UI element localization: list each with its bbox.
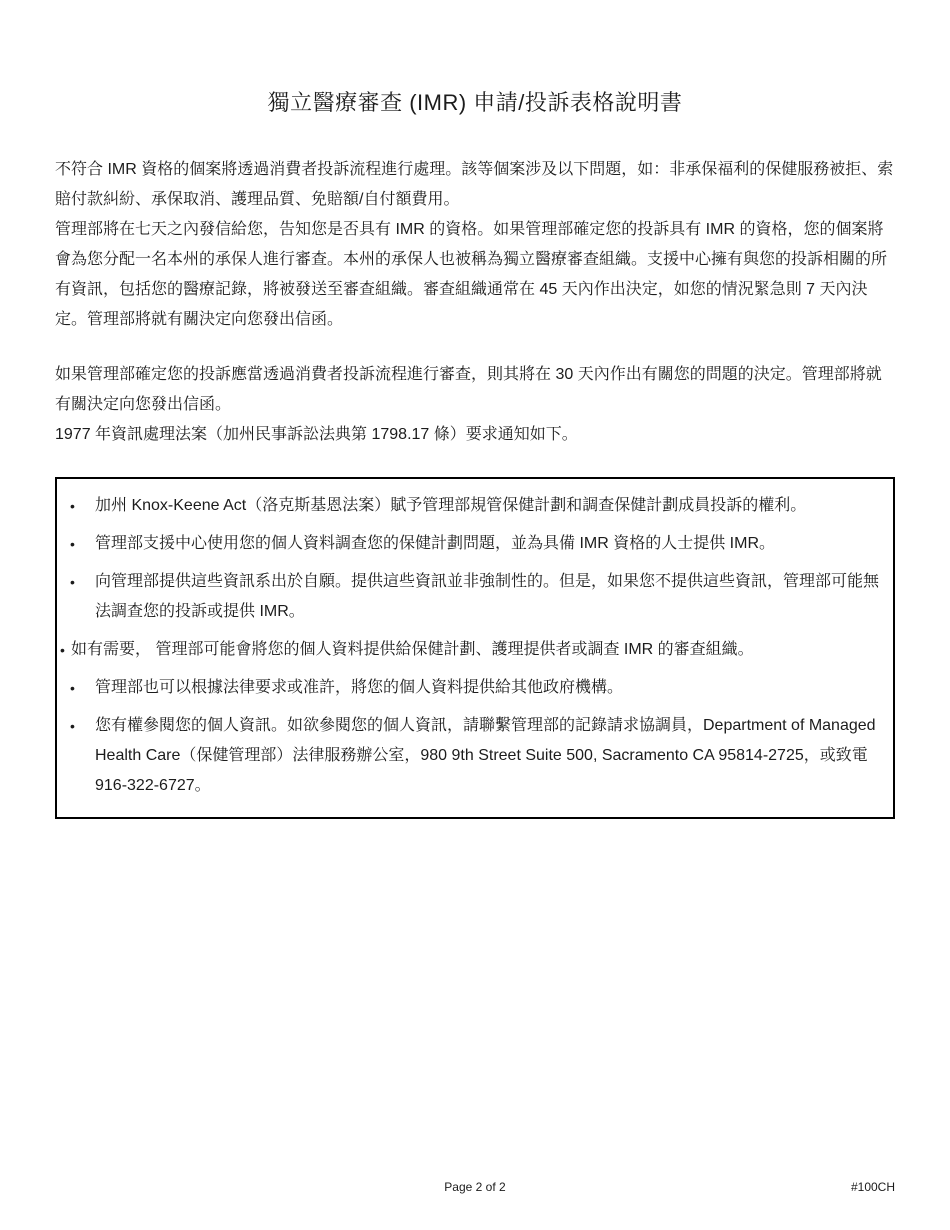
paragraph-complaint-decision: 如果管理部確定您的投訴應當透過消費者投訴流程進行審查，則其將在 30 天內作出有… xyxy=(55,360,895,420)
bullet-icon: • xyxy=(57,673,95,703)
document-content: 獨立醫療審查 (IMR) 申請/投訴表格說明書 不符合 IMR 資格的個案將透過… xyxy=(55,0,895,819)
page-title: 獨立醫療審查 (IMR) 申請/投訴表格說明書 xyxy=(55,88,895,118)
notice-bullet-text: 管理部支援中心使用您的個人資料調查您的保健計劃問題，並為具備 IMR 資格的人士… xyxy=(95,529,885,559)
notice-bullet-text: 加州 Knox-Keene Act（洛克斯基恩法案）賦予管理部規管保健計劃和調查… xyxy=(95,491,885,521)
paragraph-imr-eligibility-process: 管理部將在七天之內發信給您，告知您是否具有 IMR 的資格。如果管理部確定您的投… xyxy=(55,215,895,335)
paragraph-consumer-complaint-intro: 不符合 IMR 資格的個案將透過消費者投訴流程進行處理。該等個案涉及以下問題，如… xyxy=(55,155,895,215)
notice-bullet-text: 向管理部提供這些資訊系出於自願。提供這些資訊並非強制性的。但是，如果您不提供這些… xyxy=(95,567,885,627)
notice-bullet-text: 您有權參閱您的個人資訊。如欲參閱您的個人資訊，請聯繫管理部的記錄請求協調員，De… xyxy=(95,711,885,801)
bullet-icon: • xyxy=(57,529,95,559)
notice-bullet-text: 管理部也可以根據法律要求或准許，將您的個人資料提供給其他政府機構。 xyxy=(95,673,885,703)
notice-bullet-voluntary-info: • 向管理部提供這些資訊系出於自願。提供這些資訊並非強制性的。但是，如果您不提供… xyxy=(57,567,885,627)
notice-bullet-knox-keene: • 加州 Knox-Keene Act（洛克斯基恩法案）賦予管理部規管保健計劃和… xyxy=(57,491,885,521)
notice-bullet-text: 如有需要， 管理部可能會將您的個人資料提供給保健計劃、護理提供者或調查 IMR … xyxy=(71,635,885,665)
page-number: Page 2 of 2 xyxy=(444,1180,505,1194)
privacy-notice-box: • 加州 Knox-Keene Act（洛克斯基恩法案）賦予管理部規管保健計劃和… xyxy=(55,477,895,819)
document-page: 獨立醫療審查 (IMR) 申請/投訴表格說明書 不符合 IMR 資格的個案將透過… xyxy=(0,0,950,1230)
notice-bullet-sharing-info: • 如有需要， 管理部可能會將您的個人資料提供給保健計劃、護理提供者或調查 IM… xyxy=(57,635,885,665)
bullet-icon: • xyxy=(57,567,95,597)
bullet-icon: • xyxy=(57,491,95,521)
form-number: #100CH xyxy=(851,1180,895,1194)
notice-bullet-records-access: • 您有權參閱您的個人資訊。如欲參閱您的個人資訊，請聯繫管理部的記錄請求協調員，… xyxy=(57,711,885,801)
notice-bullet-government-agencies: • 管理部也可以根據法律要求或准許，將您的個人資料提供給其他政府機構。 xyxy=(57,673,885,703)
bullet-icon: • xyxy=(57,635,71,665)
paragraph-information-practices-act: 1977 年資訊處理法案（加州民事訴訟法典第 1798.17 條）要求通知如下。 xyxy=(55,420,895,450)
notice-bullet-help-center-use: • 管理部支援中心使用您的個人資料調查您的保健計劃問題，並為具備 IMR 資格的… xyxy=(57,529,885,559)
bullet-icon: • xyxy=(57,711,95,741)
page-footer: Page 2 of 2 #100CH xyxy=(55,1180,895,1200)
